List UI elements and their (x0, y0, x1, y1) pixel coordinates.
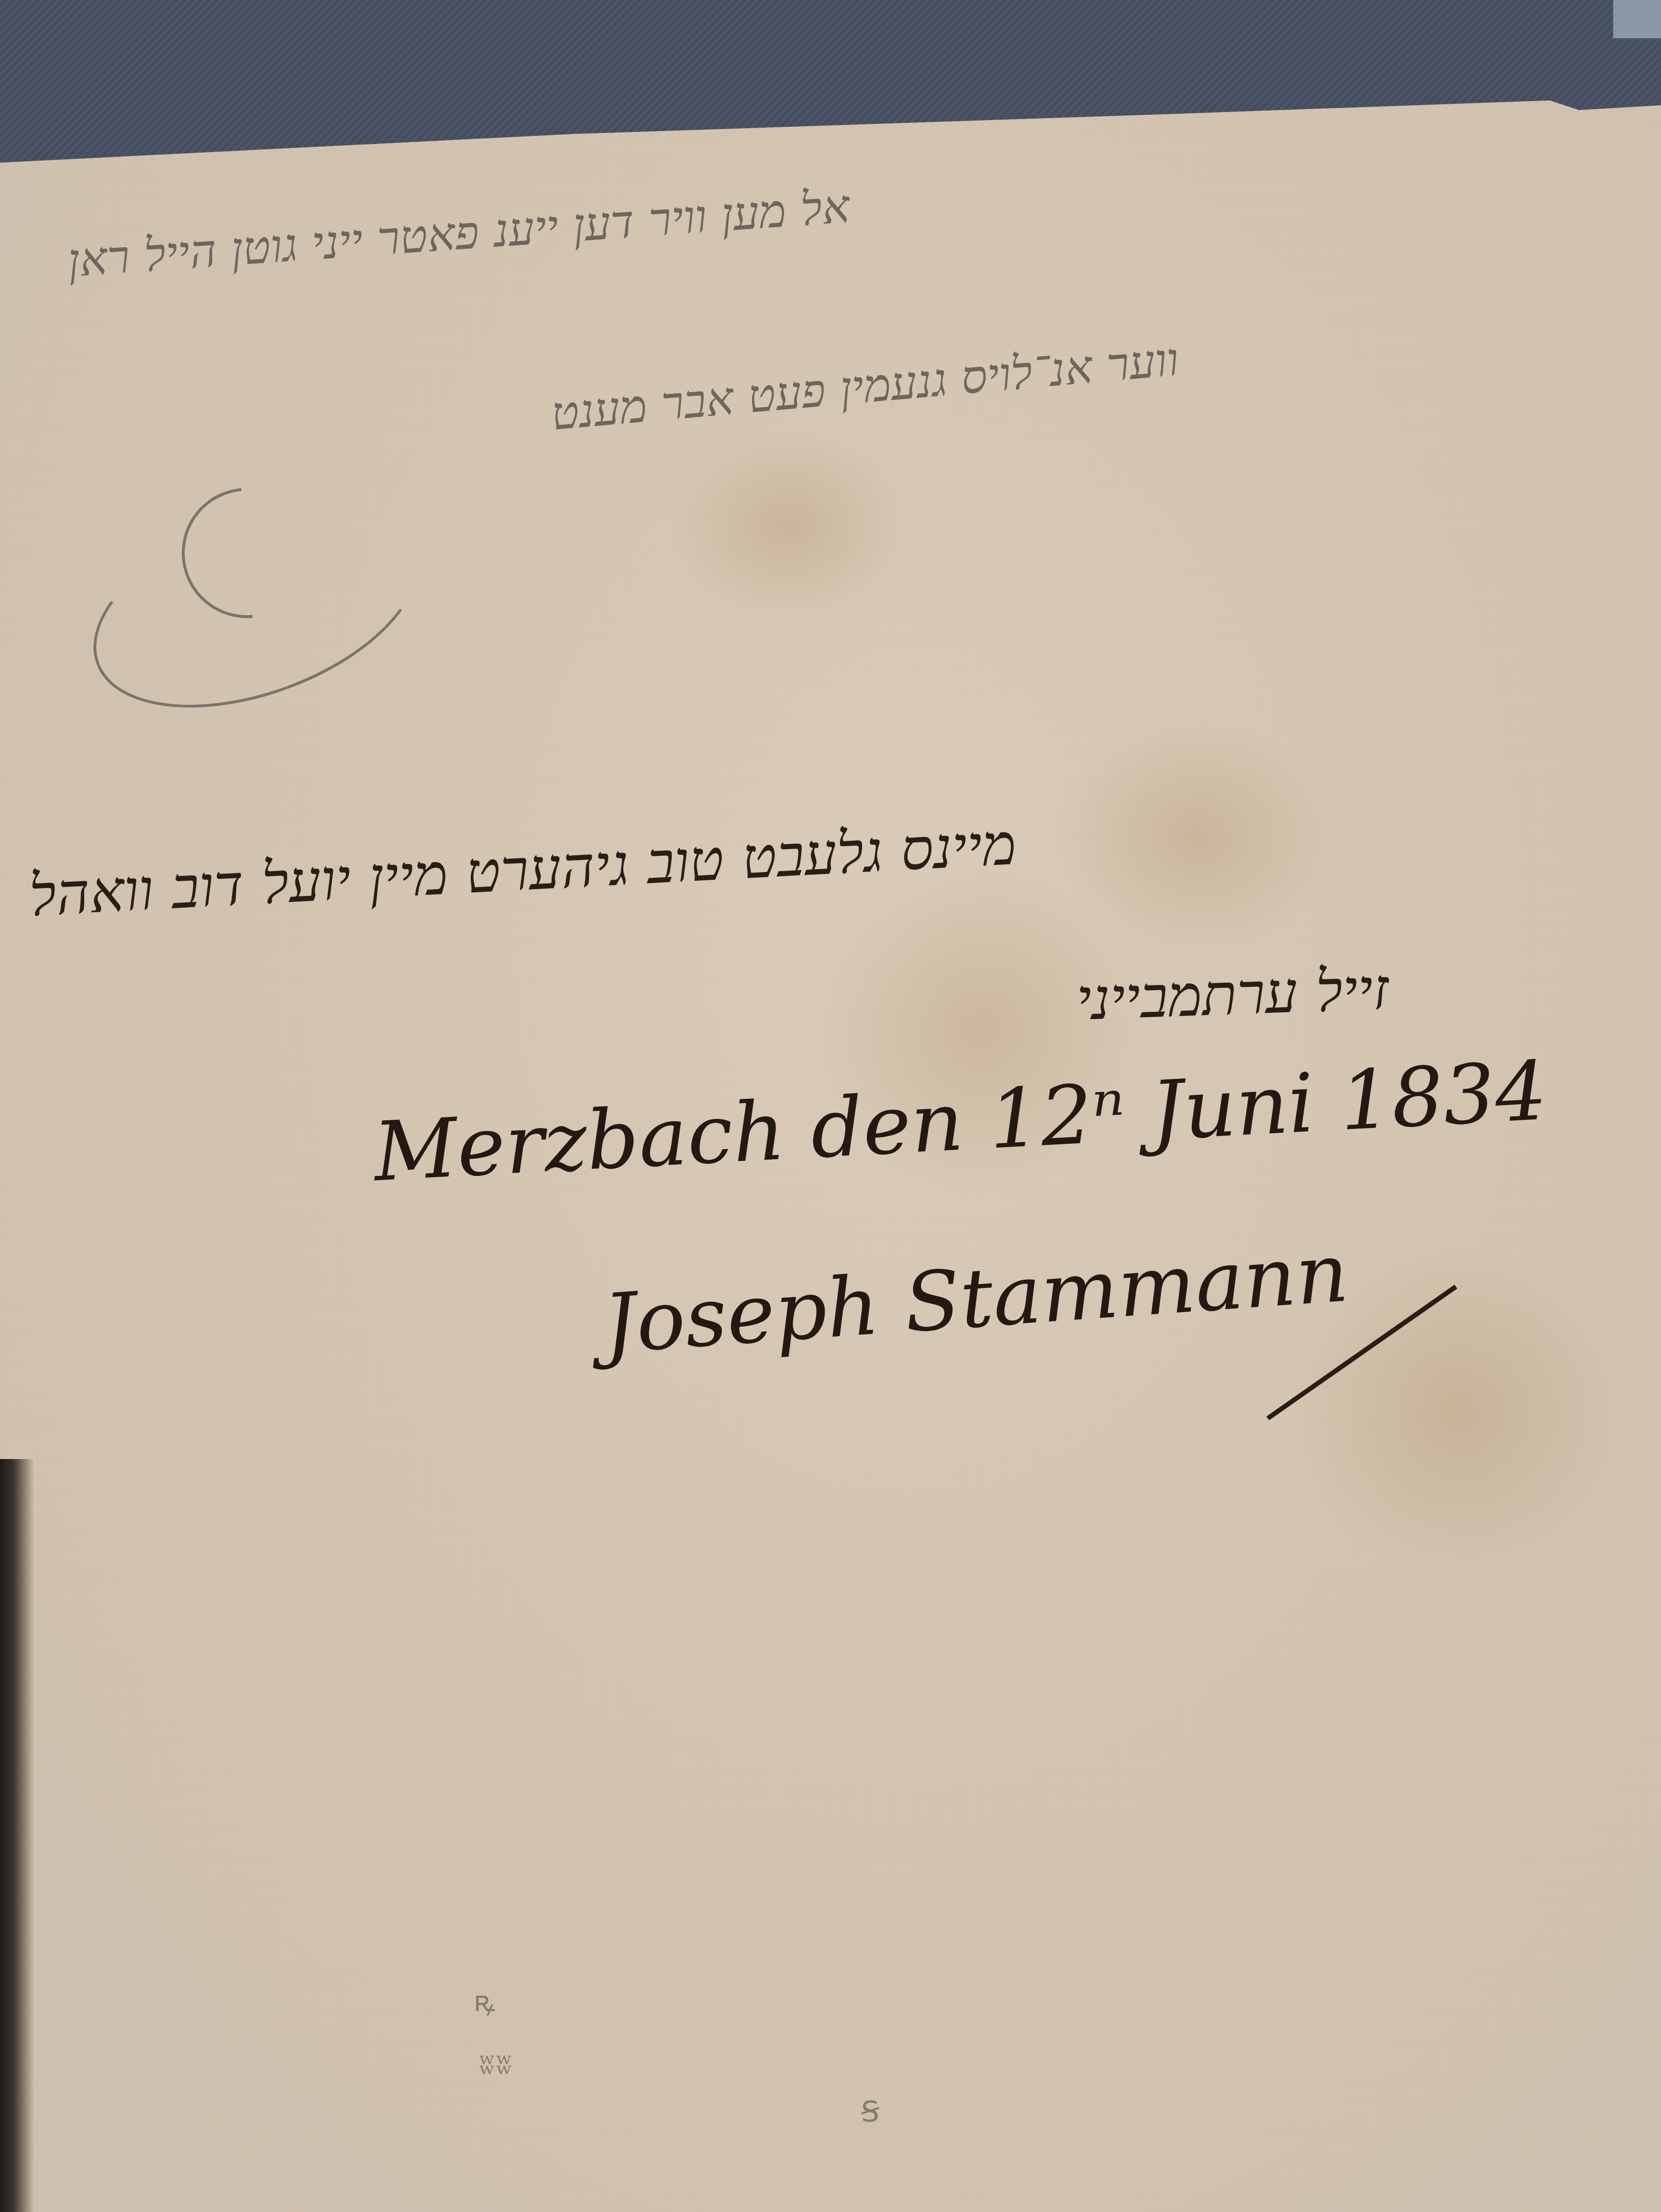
pencil-line-2: ווער אנ־לויס גנעמין פעט אבר מענט (549, 336, 1180, 437)
manuscript-page: אל מען וויר דען ייענ פאטר ייני גוטן הייל… (0, 96, 1661, 2212)
book-spine-edge (0, 1459, 33, 2212)
ink-smudge: ꝶ (474, 1980, 495, 2020)
water-stain (670, 431, 909, 622)
ink-hebrew-line-2: זייל ערתמבייני (1075, 961, 1390, 1029)
fabric-corner (1613, 0, 1661, 38)
ink-smudge: Ꞩ (861, 2095, 879, 2129)
signature: Joseph Stammann (601, 1232, 1351, 1365)
water-stain (1052, 718, 1340, 957)
ink-smudge: ʬʬ (478, 2047, 513, 2081)
pencil-line-1: אל מען וויר דען ייענ פאטר ייני גוטן הייל… (66, 183, 851, 284)
